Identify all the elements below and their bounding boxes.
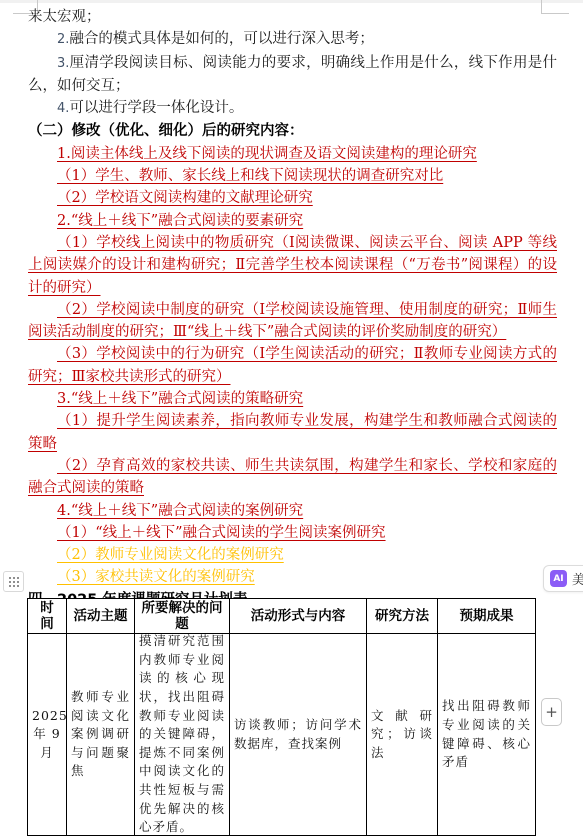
research-item-red: （1）“线上＋线下”融合式阅读的学生阅读案例研究 — [28, 522, 557, 544]
paragraph-text: 可以进行学段一体化设计。 — [69, 100, 243, 116]
ai-beautify-label: 美化 — [572, 569, 583, 588]
table-cell-problem: 摸清研究范围内教师专业阅读的核心现状，找出阻碍教师专业阅读的关键障碍，提炼不同案… — [134, 633, 229, 835]
add-column-button[interactable]: + — [541, 698, 562, 726]
research-item-red: 4.“线上＋线下”融合式阅读的案例研究 — [28, 500, 557, 522]
monthly-plan-table: 时间 活动主题 所要解决的问题 活动形式与内容 研究方法 预期成果 2025 年… — [27, 598, 536, 836]
research-item-red: （2）学校语文阅读构建的文献理论研究 — [28, 187, 557, 209]
research-item-red: 1.阅读主体线上及线下阅读的现状调查及语文阅读建构的理论研究 — [28, 143, 557, 165]
document-body: 来太宏观； 2.融合的模式具体是如何的，可以进行深入思考； 3.厘清学段阅读目标… — [0, 0, 583, 611]
paragraph: 4.可以进行学段一体化设计。 — [28, 97, 557, 120]
cell-text: 文献研究；访谈法 — [371, 707, 433, 763]
list-number: 3. — [57, 56, 69, 71]
table-header-problem: 所要解决的问题 — [134, 598, 229, 633]
table-header-outcome: 预期成果 — [437, 598, 535, 633]
ai-beautify-button[interactable]: AI 美化 — [543, 565, 583, 592]
paragraph-text: 融合的模式具体是如何的，可以进行深入思考； — [69, 31, 374, 47]
list-number: 2. — [57, 32, 69, 47]
research-item-red: （3）学校阅读中的行为研究（Ⅰ学生阅读活动的研究；Ⅱ教师专业阅读方式的研究；Ⅲ家… — [28, 343, 557, 388]
cell-text: 找出阻碍教师专业阅读的关键障碍、核心矛盾 — [442, 697, 531, 771]
list-number: 4. — [57, 101, 69, 116]
research-item-red: （2）学校阅读中制度的研究（Ⅰ学校阅读设施管理、使用制度的研究；Ⅱ师生阅读活动制… — [28, 299, 557, 344]
plus-icon: + — [545, 703, 558, 721]
research-item-red: （1）学校线上阅读中的物质研究（Ⅰ阅读微课、阅读云平台、阅读 APP 等线上阅读… — [28, 232, 557, 299]
cell-text: 摸清研究范围内教师专业阅读的核心现状，找出阻碍教师专业阅读的关键障碍，提炼不同案… — [139, 633, 225, 835]
table-cell-outcome: 找出阻碍教师专业阅读的关键障碍、核心矛盾 — [437, 633, 535, 835]
research-item-orange: （2）教师专业阅读文化的案例研究 — [28, 544, 557, 566]
research-item-red: （2）孕育高效的家校共读、师生共读氛围，构建学生和家长、学校和家庭的融合式阅读的… — [28, 455, 557, 500]
section-heading: （二）修改（优化、细化）后的研究内容： — [28, 120, 557, 142]
grid-dots-icon — [9, 577, 19, 587]
research-item-red: （1）提升学生阅读素养，指向教师专业发展，构建学生和教师融合式阅读的策略 — [28, 410, 557, 455]
research-item-orange: （3）家校共读文化的案例研究 — [28, 566, 557, 588]
research-item-red: 2.“线上＋线下”融合式阅读的要素研究 — [28, 210, 557, 232]
paragraph: 3.厘清学段阅读目标、阅读能力的要求，明确线上作用是什么，线下作用是什么，如何交… — [28, 52, 557, 98]
cell-text: 教师专业阅读文化案例调研与问题聚焦 — [71, 688, 130, 781]
paragraph: 2.融合的模式具体是如何的，可以进行深入思考； — [28, 28, 557, 51]
research-item-red: 3.“线上＋线下”融合式阅读的策略研究 — [28, 388, 557, 410]
table-cell-time: 2025 年 9 月 — [27, 633, 66, 835]
paragraph: 来太宏观； — [28, 6, 557, 28]
table-drag-handle[interactable] — [3, 571, 24, 592]
table-header-method: 研究方法 — [366, 598, 437, 633]
cell-text: 访谈教师；访问学术数据库，查找案例 — [234, 716, 362, 753]
research-item-red: （1）学生、教师、家长线上和线下阅读现状的调查研究对比 — [28, 165, 557, 187]
table-header-topic: 活动主题 — [66, 598, 134, 633]
table-header-activity: 活动形式与内容 — [229, 598, 366, 633]
paragraph-text: 厘清学段阅读目标、阅读能力的要求，明确线上作用是什么，线下作用是什么，如何交互； — [28, 55, 557, 94]
cell-text: 2025 年 9 月 — [32, 707, 62, 763]
table-header-time: 时间 — [27, 598, 66, 633]
ai-icon: AI — [550, 570, 567, 587]
table-cell-topic: 教师专业阅读文化案例调研与问题聚焦 — [66, 633, 134, 835]
table-cell-method: 文献研究；访谈法 — [366, 633, 437, 835]
table-cell-activity: 访谈教师；访问学术数据库，查找案例 — [229, 633, 366, 835]
